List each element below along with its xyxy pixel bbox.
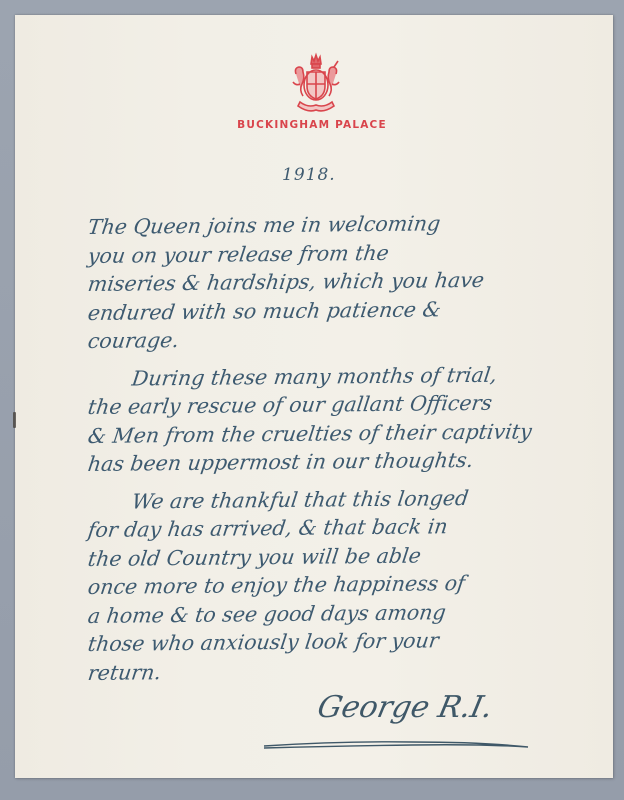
text-line: return.	[86, 653, 590, 687]
text-line: has been uppermost in our thoughts.	[86, 445, 590, 479]
text-line: for day has arrived, & that back in	[86, 511, 590, 545]
letterhead-title: BUCKINGHAM PALACE	[0, 119, 624, 131]
letter-body: The Queen joins me in welcoming you on y…	[88, 213, 588, 687]
signature: George R.I.	[314, 690, 496, 725]
text-line: once more to enjoy the happiness of	[86, 568, 590, 602]
paragraph-1: The Queen joins me in welcoming you on y…	[88, 213, 588, 356]
letter-date: 1918.	[282, 165, 336, 185]
text-line: miseries & hardships, which you have	[86, 265, 590, 299]
royal-coat-of-arms-icon	[290, 52, 342, 114]
text-line: the early rescue of our gallant Officers	[86, 388, 590, 422]
signature-flourish-icon	[262, 738, 532, 752]
text-line: courage.	[86, 322, 590, 356]
text-line: The Queen joins me in welcoming	[86, 208, 590, 242]
paragraph-3: We are thankful that this longed for day…	[88, 488, 588, 688]
paragraph-2: During these many months of trial, the e…	[88, 365, 588, 479]
text-line: those who anxiously look for your	[86, 625, 590, 659]
paper-edge-tear-mark	[13, 412, 16, 428]
